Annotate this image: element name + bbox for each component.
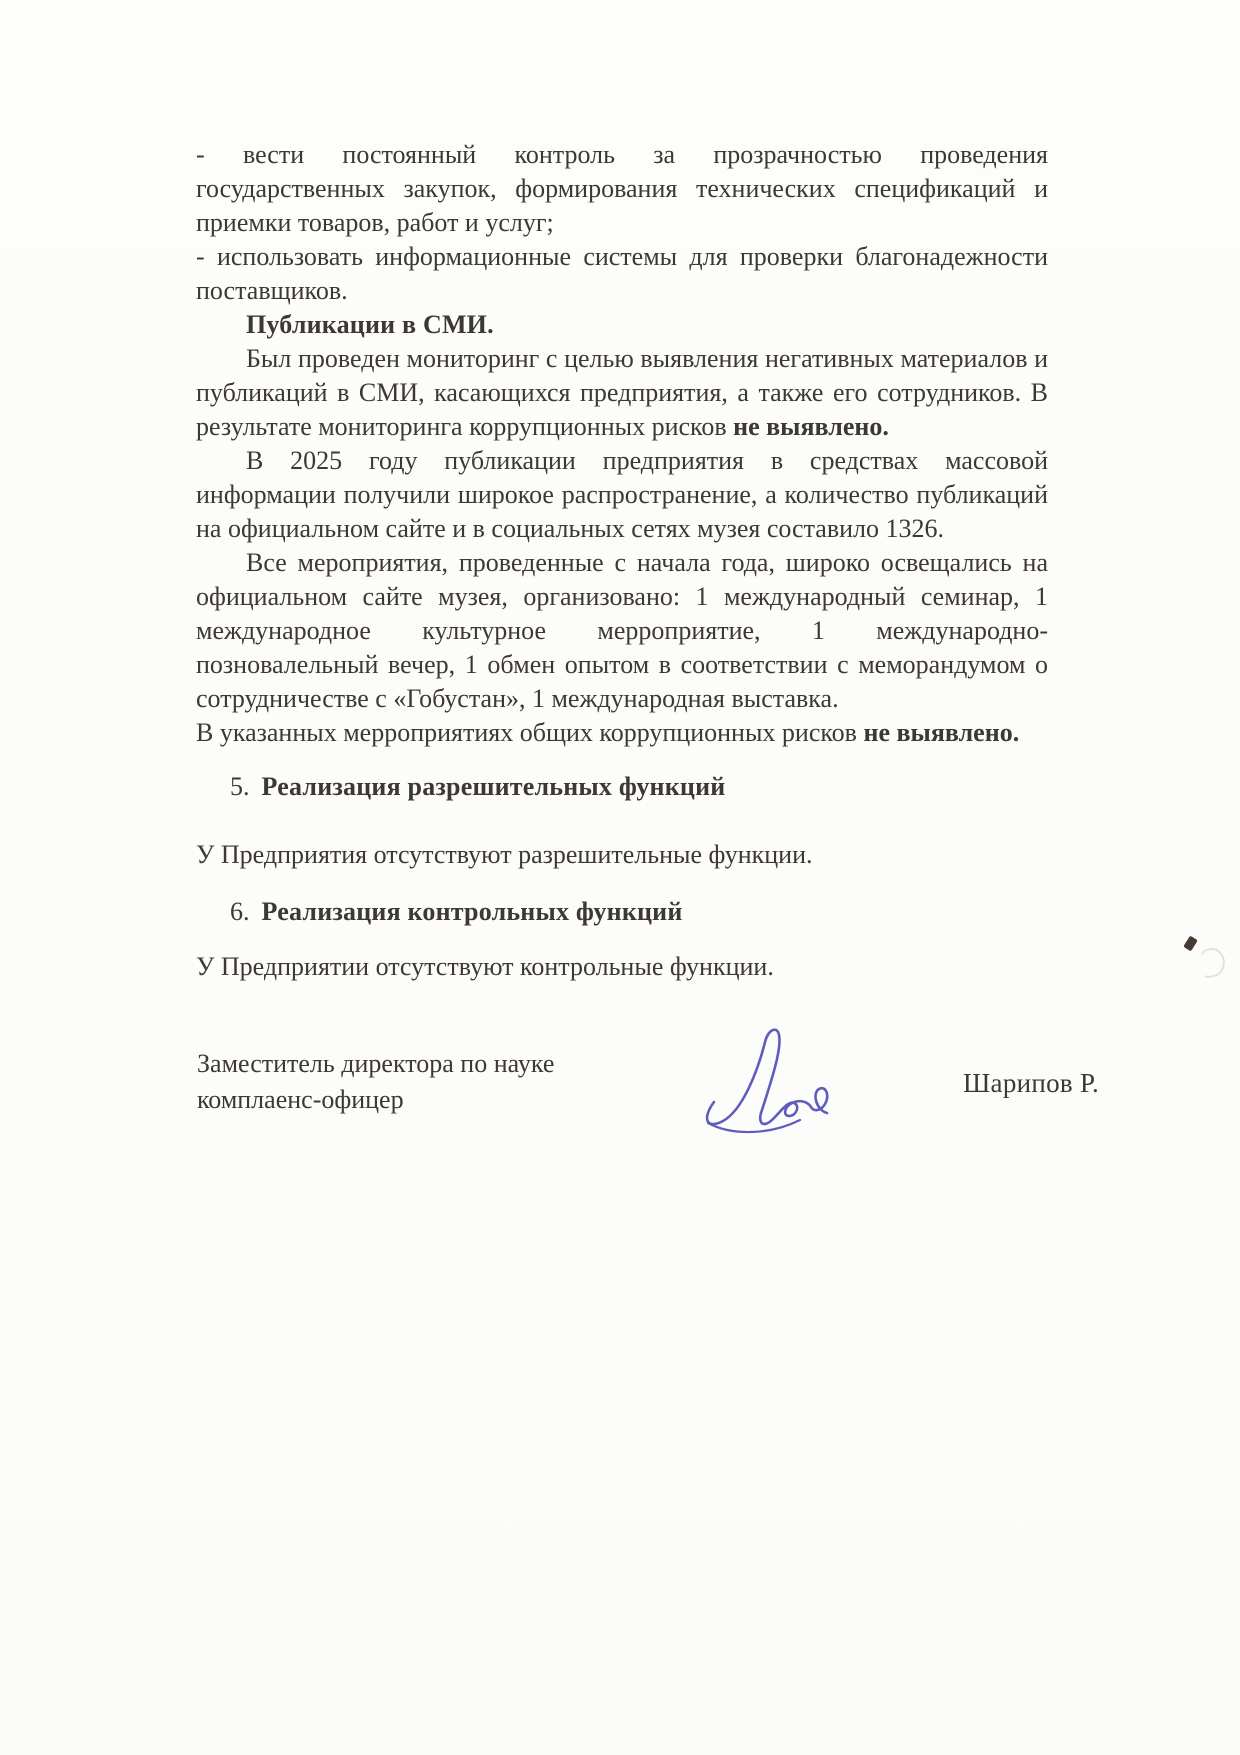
heading-publications-smi: Публикации в СМИ. bbox=[196, 308, 1048, 342]
section-6-number: 6. bbox=[230, 897, 250, 926]
paragraph-monitoring-bold: не выявлено. bbox=[733, 412, 889, 441]
signatory-role-line2: комплаенс-офицер bbox=[197, 1082, 554, 1118]
signatory-name: Шарипов Р. bbox=[963, 1068, 1099, 1099]
paragraph-information-systems: - использовать информационные системы дл… bbox=[196, 240, 1048, 308]
handwritten-signature-ink bbox=[698, 1022, 840, 1140]
document-body: - вести постоянный контроль за прозрачно… bbox=[196, 138, 1048, 984]
paragraph-events: Все мероприятия, проведенные с начала го… bbox=[196, 546, 1048, 716]
paragraph-monitoring-text: Был проведен мониторинг с целью выявлени… bbox=[196, 344, 1048, 441]
section-5-title: Реализация разрешительных функций bbox=[262, 772, 726, 801]
paragraph-monitoring: Был проведен мониторинг с целью выявлени… bbox=[196, 342, 1048, 444]
faint-scan-mark bbox=[1196, 946, 1227, 980]
paragraph-procurement-control: - вести постоянный контроль за прозрачно… bbox=[196, 138, 1048, 240]
paragraph-no-permit-functions: У Предприятия отсутствуют разрешительные… bbox=[196, 838, 1048, 872]
section-5-number: 5. bbox=[230, 772, 250, 801]
ink-speck bbox=[1183, 936, 1198, 952]
section-6-title: Реализация контрольных функций bbox=[262, 897, 683, 926]
section-heading-6: 6.Реализация контрольных функций bbox=[196, 895, 1048, 929]
scanned-document-page: - вести постоянный контроль за прозрачно… bbox=[0, 0, 1240, 1755]
signatory-role: Заместитель директора по науке комплаенс… bbox=[197, 1046, 554, 1118]
paragraph-2025-publications: В 2025 году публикации предприятия в сре… bbox=[196, 444, 1048, 546]
signatory-role-line1: Заместитель директора по науке bbox=[197, 1046, 554, 1082]
paragraph-events-risks-text: В указанных мерроприятиях общих коррупци… bbox=[196, 718, 863, 747]
section-heading-5: 5.Реализация разрешительных функций bbox=[196, 770, 1048, 804]
paragraph-events-risks: В указанных мерроприятиях общих коррупци… bbox=[196, 716, 1048, 750]
paragraph-events-risks-bold: не выявлено. bbox=[863, 718, 1019, 747]
paragraph-no-control-functions: У Предприятии отсутствуют контрольные фу… bbox=[196, 950, 1048, 984]
